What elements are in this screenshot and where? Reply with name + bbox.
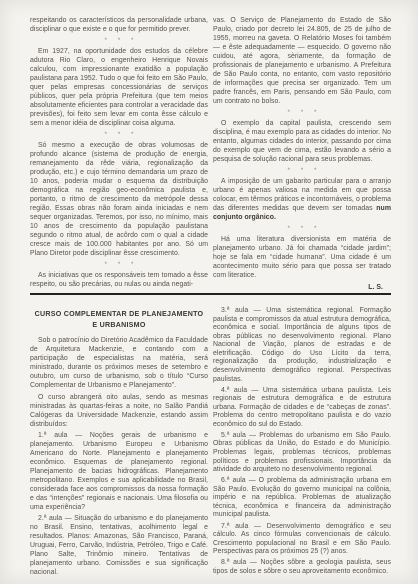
lesson-1: 1.ª aula — Noções gerais de urbanismo e … <box>30 432 208 513</box>
asterisk-separator: * * * <box>30 131 208 139</box>
paragraph-1927-forecast: Em 1927, na oportunidade dos estudos da … <box>30 48 208 129</box>
paragraph-initiatives: As iniciativas que os responsáveis tem t… <box>30 272 208 290</box>
course-title: CURSO COMPLEMENTAR DE PLANEJAMENTO E URB… <box>34 309 204 330</box>
signature-initials: L. S. <box>213 284 391 293</box>
lesson-5: 5.ª aula — Problemas do urbanismo em São… <box>213 432 391 475</box>
scanned-page: respeitando os característicos da person… <box>0 0 418 584</box>
section-divider <box>30 293 391 295</box>
column-top-left: respeitando os característicos da person… <box>30 17 208 289</box>
lesson-4: 4.ª aula — Uma sistemática urbana paulis… <box>213 387 391 430</box>
paragraph-gabarito: A imposição de um gabarito particular pa… <box>213 178 391 223</box>
course-schedule: O curso abrangerá oito aulas, sendo as m… <box>30 394 208 430</box>
lesson-6: 6.ª aula — O problema da administração u… <box>213 477 391 520</box>
lesson-2: 2.ª aula — Situação do urbanismo e do pl… <box>30 515 208 578</box>
column-bottom-left: CURSO COMPLEMENTAR DE PLANEJAMENTO E URB… <box>30 309 208 575</box>
column-bottom-right: 3.ª aula — Uma sistemática regional. For… <box>213 307 391 577</box>
asterisk-separator: * * * <box>213 167 391 175</box>
course-intro: Sob o patrocínio do Diretório Acadêmico … <box>30 337 208 391</box>
paragraph-major-works: Só mesmo a execução de obras volumosas d… <box>30 142 208 259</box>
paragraph-gabarito-text: A imposição de um gabarito particular pa… <box>213 178 391 212</box>
lesson-8: 8.ª aula — Noções sôbre a geologia pauli… <box>213 559 391 576</box>
paragraph-capital-example: O exemplo da capital paulista, crescendo… <box>213 120 391 165</box>
column-top-right: vas. O Serviço de Planejamento do Estado… <box>213 17 391 289</box>
paragraph-urban-personality: respeitando os característicos da person… <box>30 17 208 35</box>
paragraph-literature: Há uma literatura diversionista em matér… <box>213 236 391 281</box>
asterisk-separator: * * * <box>30 37 208 45</box>
asterisk-separator: * * * <box>213 109 391 117</box>
lesson-3: 3.ª aula — Uma sistemática regional. For… <box>213 307 391 384</box>
asterisk-separator: * * * <box>30 261 208 269</box>
asterisk-separator: * * * <box>213 225 391 233</box>
lesson-7: 7.ª aula — Desenvolvimento demográfico e… <box>213 523 391 557</box>
paragraph-planning-service: vas. O Serviço de Planejamento do Estado… <box>213 17 391 107</box>
